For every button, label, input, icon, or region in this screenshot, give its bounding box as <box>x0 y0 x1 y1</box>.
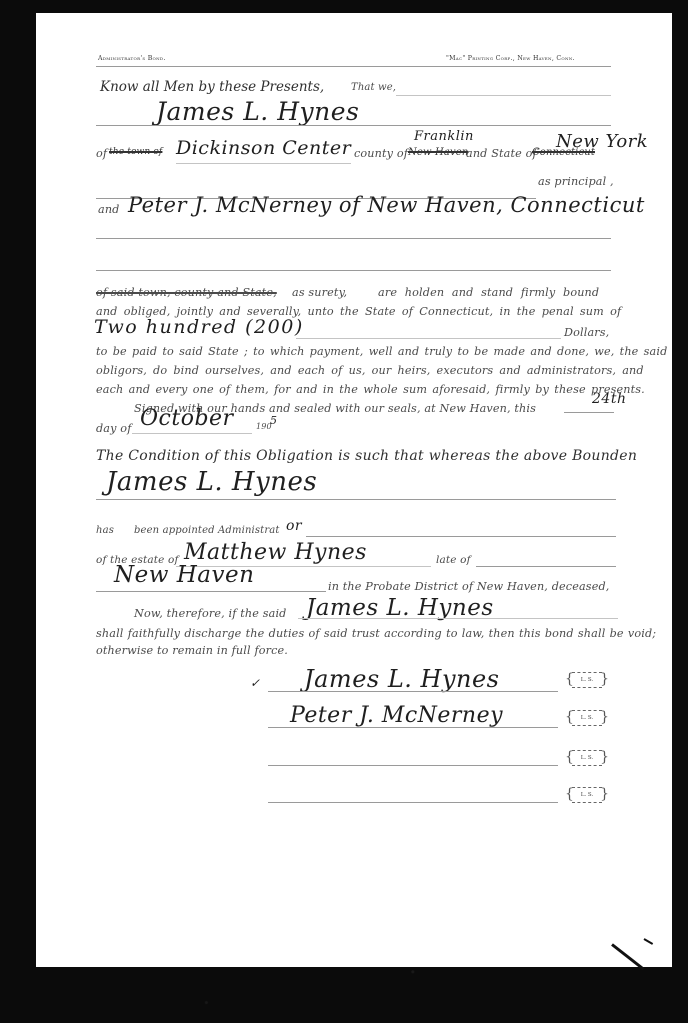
and-label: and <box>98 203 120 216</box>
rule <box>96 125 611 126</box>
rule <box>176 163 351 164</box>
bond-document-page: Administrator's Bond. "Mac" Printing Cor… <box>36 13 672 967</box>
scan-artifact <box>644 938 654 945</box>
signature-1: James L. Hynes <box>304 665 500 693</box>
rule <box>96 238 611 239</box>
rule <box>296 338 561 339</box>
signature-line-1 <box>268 691 558 692</box>
surety-name: Peter J. McNerney of New Haven, Connecti… <box>128 193 645 217</box>
month-value: October <box>140 406 234 431</box>
seal-2: L. S. <box>572 710 602 726</box>
header-rule <box>96 66 611 67</box>
signature-line-4 <box>268 802 558 803</box>
late-of-label: late of <box>436 554 471 566</box>
rule <box>396 95 611 96</box>
obligors-line: obligors, do bind ourselves, and each of… <box>96 364 644 377</box>
year-suffix: 5 <box>270 414 278 427</box>
probate-line: in the Probate District of New Haven, de… <box>328 580 610 593</box>
condition-line: The Condition of this Obligation is such… <box>96 448 637 464</box>
faithfully-line: shall faithfully discharge the duties of… <box>96 627 656 640</box>
penal-sum: Two hundred (200) <box>94 316 304 338</box>
rule <box>298 618 618 619</box>
struck-county: New Haven <box>408 147 468 158</box>
day-of-label: day of <box>96 422 131 435</box>
appointed-suffix: or <box>286 518 302 534</box>
struck-town: the town of <box>109 147 162 157</box>
of-label: of <box>96 147 107 160</box>
form-title: Administrator's Bond. <box>98 55 166 62</box>
rule <box>476 566 616 567</box>
otherwise-line: otherwise to remain in full force. <box>96 644 288 657</box>
printer-imprint: "Mac" Printing Corp., New Haven, Conn. <box>446 55 575 62</box>
rule <box>306 536 616 537</box>
day-value: 24th <box>592 391 626 407</box>
struck-surety-place: of said town, county and State, <box>96 286 277 299</box>
state-label: and State of <box>466 147 537 160</box>
principal-name: James L. Hynes <box>156 97 359 126</box>
rule <box>96 591 326 592</box>
rule <box>564 412 614 413</box>
each-line: each and every one of them, for and in t… <box>96 383 645 396</box>
holden-text: are holden and stand firmly bound <box>378 286 599 299</box>
principal-county: Franklin <box>414 129 474 144</box>
paid-line: to be paid to said State ; to which paym… <box>96 345 667 358</box>
appointed-label: been appointed Administrat <box>134 525 280 536</box>
has-label: has <box>96 525 114 536</box>
signature-2: Peter J. McNerney <box>290 703 503 728</box>
scan-artifact <box>611 943 644 970</box>
rule <box>96 270 611 271</box>
now-therefore: Now, therefore, if the said <box>134 607 287 620</box>
dollars-label: Dollars, <box>564 326 609 339</box>
bounden-name: James L. Hynes <box>106 467 317 497</box>
as-surety: as surety, <box>292 286 347 299</box>
preamble: Know all Men by these Presents, <box>100 79 324 95</box>
seal-1: L. S. <box>572 672 602 688</box>
signature-line-2 <box>268 727 558 728</box>
late-of-value: New Haven <box>114 562 254 588</box>
seal-4: L. S. <box>572 787 602 803</box>
signature-line-3 <box>268 765 558 766</box>
as-principal-label: as principal , <box>538 175 614 188</box>
county-label: county of <box>354 147 408 160</box>
preamble-that-we: That we, <box>351 82 396 93</box>
rule <box>132 433 252 434</box>
seal-3: L. S. <box>572 750 602 766</box>
principal-state: New York <box>556 131 648 152</box>
principal-town: Dickinson Center <box>176 137 351 159</box>
rule <box>96 499 616 500</box>
check-mark: ✓ <box>250 676 261 690</box>
